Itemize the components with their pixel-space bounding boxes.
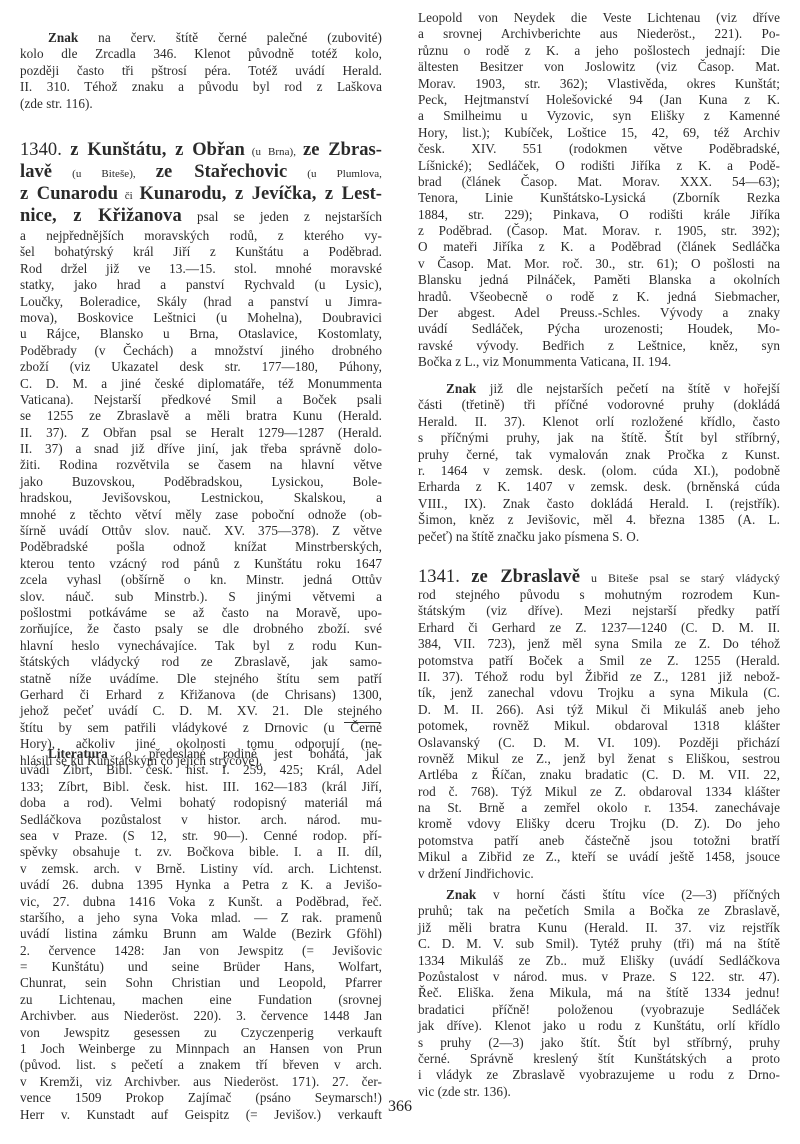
- entry-number: 1340.: [20, 140, 62, 160]
- text-line: Hory, list.); Kubíček, Loštice 15, 42, 6…: [418, 125, 780, 141]
- heading-line: 1340. z Kunštátu, z Obřan (u Brna), ze Z…: [20, 139, 382, 161]
- entry-title: ze Zbraslavě: [471, 567, 580, 587]
- text-line: Znak na červ. štítě černé palečné (zubov…: [20, 30, 382, 46]
- text-line: II. 37). Z Obřan psal se Heralt 1279—128…: [20, 425, 382, 441]
- text-line: Der abgest. Adel Preuss.-Schles. Vývody …: [418, 305, 780, 321]
- text-line: hlavní heslo vynechávajíce. Tak byl z ro…: [20, 638, 382, 654]
- znak-paragraph-1340: Znak již dle nejstarších pečetí na štítě…: [418, 381, 780, 545]
- text-line: na St. Brně a zemřel okolo r. 1354. zane…: [418, 800, 780, 816]
- text-line: Archivber. aus Niederöst. 220). 3. červe…: [20, 1008, 382, 1024]
- text-line: pruhů; tak na pečetích Smila a Bočka ze …: [418, 903, 780, 919]
- text-line: Herald. II. 37). Klenot orlí rozložené k…: [418, 414, 780, 430]
- text-line: Leopold von Neydek die Veste Lichtenau (…: [418, 10, 780, 26]
- text-line: 1334 Mikuláš ze Zb.. muž Elišky (uvádí S…: [418, 953, 780, 969]
- text-line: v držení Jindřichovic.: [418, 866, 780, 882]
- text-line: pečeť) na štítě značku jako písmena S. O…: [418, 529, 780, 545]
- text-line: Pozůstalost v národ. mus. v Praze. S 122…: [418, 969, 780, 985]
- text-line: II. 37) a snad již dříve jiní, jak třeba…: [20, 441, 382, 457]
- text-line: r. 1464 v zemsk. desk. (olom. cúda XI.),…: [418, 463, 780, 479]
- text-line: s pruhy (2—3) jako štít. Štít byl stříbr…: [418, 1035, 780, 1051]
- text-line: štátským (viz dříve). Mezi nejstarší pře…: [418, 603, 780, 619]
- text-line: Poděbrady (v Čechách) a množství jiného …: [20, 343, 382, 359]
- text-line: zboží (viz Ukazatel desk str. 177—180, P…: [20, 359, 382, 375]
- text-line: v zemsk. arch. v Brně. Listiny víd. arch…: [20, 861, 382, 877]
- text-line: Literatura o předeslané rodině jest boha…: [20, 746, 382, 762]
- text-line: statky, jako hrad a panství Rychvald (u …: [20, 277, 382, 293]
- text-line: uvádí Zíbrt, Bibl. česk. hist. I. 259, 4…: [20, 762, 382, 778]
- text-line: staršího, a jeho syna Voka mlad. — Z rak…: [20, 910, 382, 926]
- text-line: Chunrat, sein Sohn Christian und Leopold…: [20, 975, 382, 991]
- text-line: štátských vládycký rod ze Zbraslavě, jak…: [20, 654, 382, 670]
- text-line: kolo dle Zrcadla 346. Klenot původně tot…: [20, 46, 382, 62]
- text-line: rod stejného původu s mohutným rozrodem …: [418, 587, 780, 603]
- heading-line: z Cunarodu či Kunarodu, z Jevíčka, z Les…: [20, 183, 382, 205]
- znak-label: Znak: [446, 381, 476, 396]
- text-line: se 1255 ze Zbraslavě a měli bratra Kunu …: [20, 408, 382, 424]
- text-line: Řeč. Eliška. žena Mikula, má na štítě 13…: [418, 985, 780, 1001]
- text-line: různu o rodě z K. a jeho pošlostech jedn…: [418, 43, 780, 59]
- text-line: a nejpřednějších moravských rodů, z kter…: [20, 228, 382, 244]
- znak-paragraph-1341: Znak v horní části štítu více (2—3) příč…: [418, 887, 780, 1100]
- text-line: i vládyk ze Zbraslavě vyobrazujeme u rod…: [418, 1067, 780, 1083]
- text-line: Líšnické); Sedláček, O rodišti Jiříka z …: [418, 158, 780, 174]
- text-line: 1884, str. 229); Pinkava, O rodišti král…: [418, 207, 780, 223]
- text-line: mova), Boskovice Leštnici (u Mohelna), D…: [20, 310, 382, 326]
- text-line: zu Lichtenau, machen eine Fundation (sro…: [20, 992, 382, 1008]
- text-line: Znak již dle nejstarších pečetí na štítě…: [418, 381, 780, 397]
- text-line: 2. července 1428: Jan von Jewspitz (= Je…: [20, 943, 382, 959]
- text-line: Bočka z L., viz Monummenta Vaticana, II.…: [418, 354, 780, 370]
- text-line: Poděbradské pošla odnož knížat Minstrber…: [20, 539, 382, 555]
- text-line: rod č. 768). Týž Mikul ze Z. obdaroval 1…: [418, 784, 780, 800]
- text-line: ravské vývody. Bedřich z Leštnice, kněz,…: [418, 338, 780, 354]
- text-line: Erharda z K. 1407 v zemsk. desk. (brněns…: [418, 479, 780, 495]
- text-line: a Smilheimu u Vyzovic, syn Elišky z Kame…: [418, 108, 780, 124]
- text-line: O mateři Jiříka z K. a Poděbrad (článek …: [418, 239, 780, 255]
- text-line: 1 Joch Weinberge zu Minnpach an Hansen v…: [20, 1041, 382, 1057]
- text-line: z Poděbrad. (Časop. Mat. Morav. r. 1905,…: [418, 223, 780, 239]
- entry-1340-heading: 1340. z Kunštátu, z Obřan (u Brna), ze Z…: [20, 139, 382, 227]
- text-line: štítu by sem patřili vládykové z Drnovic…: [20, 720, 382, 736]
- heading-line: nice, z Křižanova psal se jeden z nejsta…: [20, 205, 382, 227]
- text-line: rovněž Mikul ze Z., jenž byl ženat s Eli…: [418, 751, 780, 767]
- znak-paragraph-1339: Znak na červ. štítě černé palečné (zubov…: [20, 30, 382, 112]
- entry-1341: 1341. ze Zbraslavě u Biteše psal se star…: [418, 567, 780, 882]
- text-line: pošlostmi potkáváme se až často na Morav…: [20, 605, 382, 621]
- text-line: uvádí listina zámku Brunn am Walde (Bezi…: [20, 926, 382, 942]
- text-line: již měli bratra Kunu (Herald. II. 37. vi…: [418, 920, 780, 936]
- text-line: (původ. list. s pečetí a znakem tří břev…: [20, 1057, 382, 1073]
- text-line: tík, jenž zanechal vdovu Trojku a syna M…: [418, 685, 780, 701]
- text-line: mnohé z těchto větví měly zase poboční o…: [20, 507, 382, 523]
- text-line: bradatici příčně! položenou (vyobrazuje …: [418, 1002, 780, 1018]
- text-line: sea v Praze. (S 12, str. 90—). Cenné rod…: [20, 828, 382, 844]
- text-line: česk. XIV. 551 (rodokmen větve Poděbrads…: [418, 141, 780, 157]
- text-line: v Časop. Mat. Mor. roč. 30., str. 61); O…: [418, 256, 780, 272]
- text-line: Znak v horní části štítu více (2—3) příč…: [418, 887, 780, 903]
- entry-number: 1341.: [418, 567, 460, 587]
- text-line: pruhy černé, tak vymalován znak Pročka z…: [418, 447, 780, 463]
- text-line: Artléba z Říčan, znaku bradatic (C. D. M…: [418, 767, 780, 783]
- text-line: zcela vyhasl (obšírně o kn. Minstr. jedn…: [20, 572, 382, 588]
- text-line: kromě vdovy Elišky dceru Trojku (D. Z). …: [418, 816, 780, 832]
- text-line: VIII., IX). Znak často dokládá Herald. I…: [418, 496, 780, 512]
- text-line: Loučky, Boleradice, Skály (hrad a panstv…: [20, 294, 382, 310]
- text-line: brad (článek Časop. Mat. Morav. XXX. 54—…: [418, 174, 780, 190]
- heading-line: lavě (u Biteše), ze Stařechovic (u Pluml…: [20, 161, 382, 183]
- entry-1340-body: a nejpřednějších moravských rodů, z kter…: [20, 228, 382, 769]
- entry-1341-heading: 1341. ze Zbraslavě u Biteše psal se star…: [418, 567, 780, 587]
- literatura-label: Literatura: [48, 746, 108, 761]
- text-line: uvádí 26. dubna 1395 Hynka a Petra z K. …: [20, 877, 382, 893]
- text-line: Tenora, Linie Kunštátsko-Lysická (Zborní…: [418, 190, 780, 206]
- text-line: části (třetině) tři příčné vodorovné pru…: [418, 397, 780, 413]
- text-line: jak dříve). Klenot jako u rodu z Kunštát…: [418, 1018, 780, 1034]
- text-line: šel bohatýrský král Jiří z Kunštátu a Po…: [20, 244, 382, 260]
- text-line: potomstva patří Boček a Smil ze Z. 1255 …: [418, 653, 780, 669]
- text-line: C. D. M. a jiné české diplomatáře, též M…: [20, 376, 382, 392]
- literatura-paragraph: Literatura o předeslané rodině jest boha…: [20, 746, 382, 1123]
- text-line: potomek, rovněž Mikul. obdaroval 1318 kl…: [418, 718, 780, 734]
- text-line: jako Buzovskou, Poděbradskou, Lysickou, …: [20, 474, 382, 490]
- text-line: vic, 27. dubna 1416 Voka z Kunšt. a Podě…: [20, 894, 382, 910]
- text-line: černé. Správně kreslený štít Kunštátskýc…: [418, 1051, 780, 1067]
- znak-label: Znak: [48, 30, 78, 45]
- text-line: Morav. 1903, str. 362); Vlastivěda, okre…: [418, 76, 780, 92]
- text-line: později často tři pštrosí péra. Totéž uv…: [20, 63, 382, 79]
- text-line: Sedláčkova pozůstalost v histor. arch. n…: [20, 812, 382, 828]
- text-line: slov. náuč. sub Minstrb.). S jinými větv…: [20, 589, 382, 605]
- text-line: Peck, Hejtmanství Holešovické 94 (Jan Ku…: [418, 92, 780, 108]
- text-line: s příčnými pruhy, jak na štítě. Štít byl…: [418, 430, 780, 446]
- text-line: kterou tento vzácný rod pánů z Kunštátu …: [20, 556, 382, 572]
- end-of-section-rule: [344, 722, 380, 723]
- text-line: Rod držel již ve 13.—15. stol. mnohé mor…: [20, 261, 382, 277]
- text-line: Oslavanský (C. D. M. VI. 109). Později p…: [418, 735, 780, 751]
- text-line: statně níže uvádíme. Dle stejného štítu …: [20, 671, 382, 687]
- text-line: spěvky obsahuje t. zv. Bočkova bible. I.…: [20, 844, 382, 860]
- page-number: 366: [0, 1098, 800, 1116]
- text-line: uvádí Sedláček, Pýcha urozenosti; Houdek…: [418, 321, 780, 337]
- znak-label: Znak: [446, 887, 476, 902]
- text-line: hradů. Všeobecně o rodě z K. jedná Siebm…: [418, 289, 780, 305]
- text-line: Šimon, kněz z Jevišovic, měl 4. března 1…: [418, 512, 780, 528]
- text-line: žiti. Rodina rozvětvila se časem na hlav…: [20, 457, 382, 473]
- text-line: Mikul a Zibřid ze Z., kteří se uvádí ješ…: [418, 849, 780, 865]
- text-line: zorňujíce, že často psaly se dle drobnéh…: [20, 621, 382, 637]
- text-line: Gerhard či Erhard z Křižanova (de Chrisa…: [20, 687, 382, 703]
- text-line: u Rájce, Blansko u Brna, Otaslavice, Kos…: [20, 326, 382, 342]
- literatura-continuation: Leopold von Neydek die Veste Lichtenau (…: [418, 10, 780, 371]
- text-line: = Kunštátu) und seine Brüder Hans, Wolfa…: [20, 959, 382, 975]
- text-line: Vaticana). Nejstarší předkové Smil a Boč…: [20, 392, 382, 408]
- text-line: hradskou, Jevišovskou, Lestnickou, Skals…: [20, 490, 382, 506]
- text-line: II. 310. Téhož znaku a původu byl rod z …: [20, 79, 382, 95]
- text-line: 133; Zíbrt, Bibl. česk. hist. III. 162—1…: [20, 779, 382, 795]
- text-line: Blansku jedná Pilnáček, Paměti Blanska a…: [418, 272, 780, 288]
- text-line: a srovnej Archivberichte aus Niederöst.,…: [418, 26, 780, 42]
- text-line: jehož pečeť uvádí C. D. M. XV. 21. Dle s…: [20, 703, 382, 719]
- text-line: 384, VII. 723), jenž měl syna Smila ze Z…: [418, 636, 780, 652]
- text-line: (zde str. 116).: [20, 96, 382, 112]
- text-line: Erhard či Gerhard ze Z. 1237—1240 (C. D.…: [418, 620, 780, 636]
- text-line: v Kremži, viz Archivber. aus Niederöst. …: [20, 1074, 382, 1090]
- text-line: ältesten Besitzer von Joslowitz (viz Čas…: [418, 59, 780, 75]
- text-line: von Jewspitz gesessen zu Czyczenperig ve…: [20, 1025, 382, 1041]
- text-line: II. 37). Téhož rodu byl Žibřid ze Z., 12…: [418, 669, 780, 685]
- text-line: potomstva patří aneb částečně jsou totož…: [418, 833, 780, 849]
- text-line: C. D. M. V. sub Smil). Tytéž pruhy (tři)…: [418, 936, 780, 952]
- text-line: doba a rod). Velmi bohatý rodopisný mate…: [20, 795, 382, 811]
- text-line: šírně uvádí Ottův slov. nauč. XV. 375—37…: [20, 523, 382, 539]
- text-line: D. M. II. 266). Asi týž Mikul či Mikuláš…: [418, 702, 780, 718]
